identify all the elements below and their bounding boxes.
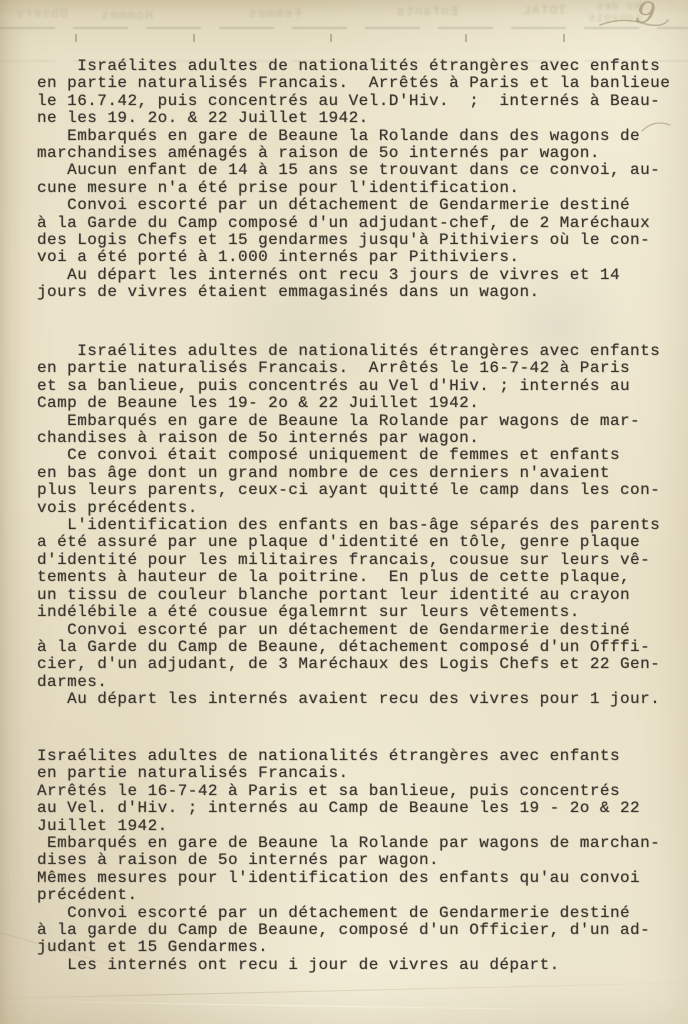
bleedthrough-column-tick [75,34,77,42]
paper-crease [0,982,688,1000]
bleedthrough-column-tick [330,34,332,42]
bleedthrough-column-tick [193,34,195,42]
pencil-stroke [598,14,670,32]
bleedthrough-text: Hommes [100,10,153,22]
bleedthrough-text: TOTAL [522,5,566,17]
document-paragraph-1: Israélites adultes de nationalités étran… [0,58,670,302]
bleedthrough-column-tick [563,34,565,42]
bleedthrough-text: Femmes [248,8,301,20]
document-paragraph-2: Israélites adultes de nationalités étran… [0,343,660,709]
scanned-page: Observ. Hommes Femmes Enfants TOTAL No d… [0,0,688,1024]
bleedthrough-text: Enfants [396,6,458,18]
bleedthrough-column-tick [465,34,467,42]
bleedthrough-ruled-line [0,27,688,29]
paper-crease [0,1000,688,1012]
document-paragraph-3: Israélites adultes de nationalités étran… [0,748,660,974]
bleedthrough-text: Observ. [6,8,68,20]
